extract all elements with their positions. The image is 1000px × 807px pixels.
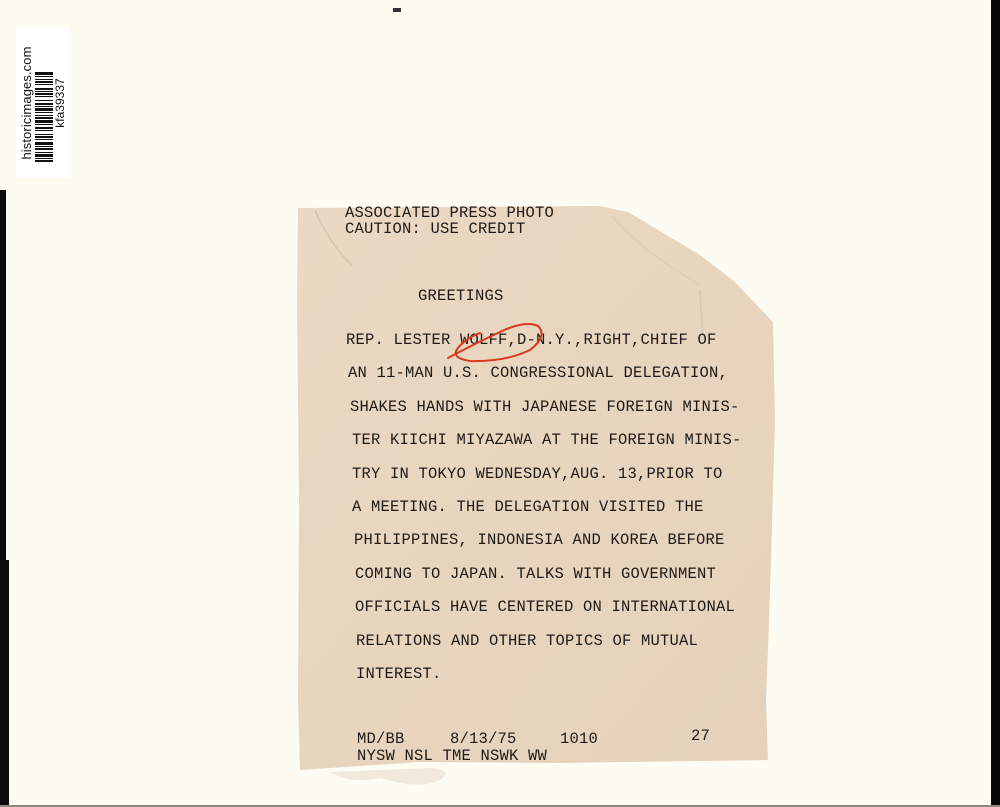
header-line-2: CAUTION: USE CREDIT: [345, 221, 526, 237]
caption-body-line: REP. LESTER WOLFF,D-N.Y.,RIGHT,CHIEF OF: [346, 331, 717, 349]
caption-body-line: SHAKES HANDS WITH JAPANESE FOREIGN MINIS…: [350, 398, 740, 416]
footer-time: 1010: [560, 731, 598, 747]
header-line-1: ASSOCIATED PRESS PHOTO: [345, 205, 554, 221]
caption-title: GREETINGS: [418, 287, 504, 305]
caption-body-line: COMING TO JAPAN. TALKS WITH GOVERNMENT: [355, 565, 716, 583]
caption-body-line: TER KIICHI MIYAZAWA AT THE FOREIGN MINIS…: [352, 431, 742, 449]
caption-body-line: RELATIONS AND OTHER TOPICS OF MUTUAL: [356, 632, 698, 650]
caption-body-line: A MEETING. THE DELEGATION VISITED THE: [352, 498, 704, 516]
caption-body-line: TRY IN TOKYO WEDNESDAY,AUG. 13,PRIOR TO: [352, 465, 723, 483]
caption-body-line: OFFICIALS HAVE CENTERED ON INTERNATIONAL: [355, 598, 735, 616]
footer-distribution: NYSW NSL TME NSWK WW: [357, 748, 547, 764]
caption-body-line: PHILIPPINES, INDONESIA AND KOREA BEFORE: [354, 531, 725, 549]
caption-body-line: AN 11-MAN U.S. CONGRESSIONAL DELEGATION,: [348, 364, 728, 382]
footer-number: 27: [691, 728, 710, 744]
footer-date: 8/13/75: [450, 731, 517, 747]
press-clipping: ASSOCIATED PRESS PHOTO CAUTION: USE CRED…: [0, 0, 1000, 807]
footer-credit: MD/BB: [357, 731, 405, 747]
caption-body-line: INTEREST.: [356, 665, 442, 683]
